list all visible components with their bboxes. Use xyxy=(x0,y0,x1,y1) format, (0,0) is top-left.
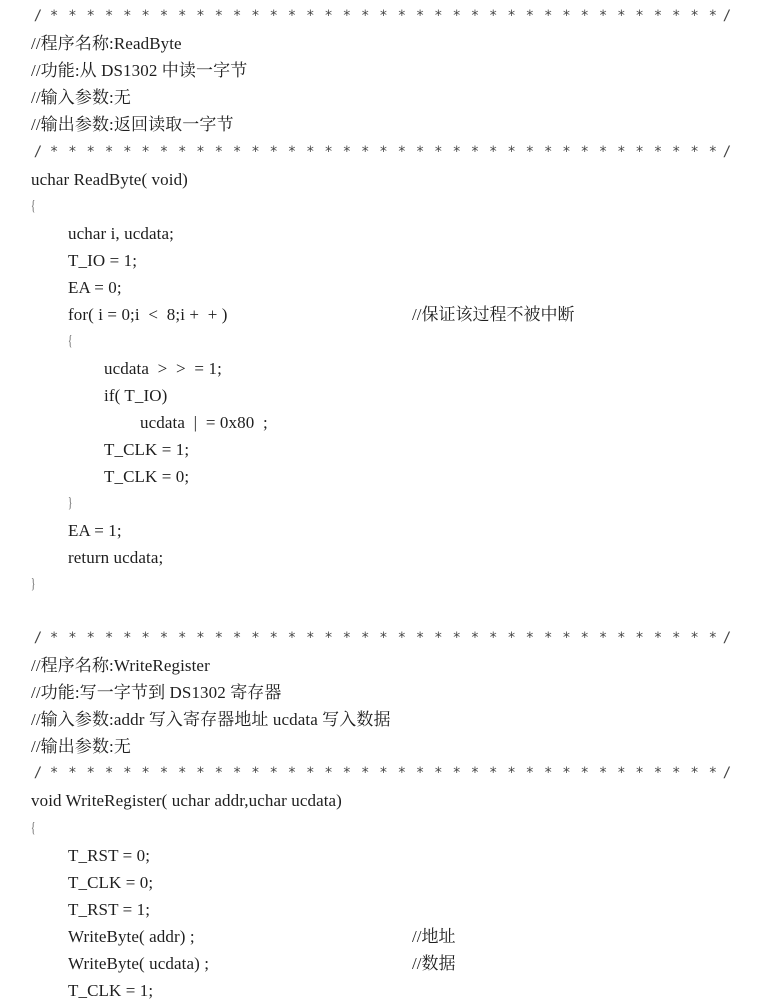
comment-border-top: /*************************************/ xyxy=(31,3,732,30)
readbyte-output-comment: //输出参数:返回读取一字节 xyxy=(31,111,234,138)
open-brace: { xyxy=(31,815,35,842)
for-loop-line: for( i = 0;i < 8;i + + ) xyxy=(68,301,228,328)
code-line: T_RST = 0; xyxy=(68,842,150,869)
open-brace: { xyxy=(31,193,35,220)
code-line: ucdata > > = 1; xyxy=(104,355,222,382)
code-line: T_CLK = 1; xyxy=(104,436,189,463)
for-loop-comment: //保证该过程不被中断 xyxy=(412,301,574,328)
readbyte-name-comment: //程序名称:ReadByte xyxy=(31,30,182,57)
comment-border-bottom: /*************************************/ xyxy=(31,139,732,166)
code-line: T_RST = 1; xyxy=(68,896,150,923)
code-line: T_IO = 1; xyxy=(68,247,137,274)
writeregister-signature: void WriteRegister( uchar addr,uchar ucd… xyxy=(31,787,342,814)
write-data-line: WriteByte( ucdata) ; xyxy=(68,950,209,977)
code-line: T_CLK = 1; xyxy=(68,977,153,1004)
addr-comment: //地址 xyxy=(412,923,455,950)
code-line: ucdata | = 0x80 ; xyxy=(140,409,268,436)
return-line: return ucdata; xyxy=(68,544,163,571)
readbyte-input-comment: //输入参数:无 xyxy=(31,84,131,111)
close-brace: } xyxy=(31,571,35,598)
code-document-page: /*************************************/ … xyxy=(0,0,773,1007)
writeregister-function-comment: //功能:写一字节到 DS1302 寄存器 xyxy=(31,679,282,706)
code-line: EA = 0; xyxy=(68,274,122,301)
code-line: EA = 1; xyxy=(68,517,122,544)
open-brace: { xyxy=(68,328,72,355)
readbyte-signature: uchar ReadByte( void) xyxy=(31,166,188,193)
writeregister-input-comment: //输入参数:addr 写入寄存器地址 ucdata 写入数据 xyxy=(31,706,391,733)
data-comment: //数据 xyxy=(412,950,455,977)
comment-border-top: /*************************************/ xyxy=(31,625,732,652)
code-line: T_CLK = 0; xyxy=(68,869,153,896)
close-brace: } xyxy=(68,490,72,517)
code-line: T_CLK = 0; xyxy=(104,463,189,490)
comment-border-bottom: /*************************************/ xyxy=(31,760,732,787)
code-line: uchar i, ucdata; xyxy=(68,220,174,247)
write-addr-line: WriteByte( addr) ; xyxy=(68,923,195,950)
readbyte-function-comment: //功能:从 DS1302 中读一字节 xyxy=(31,57,247,84)
writeregister-name-comment: //程序名称:WriteRegister xyxy=(31,652,210,679)
writeregister-output-comment: //输出参数:无 xyxy=(31,733,131,760)
code-line: if( T_IO) xyxy=(104,382,167,409)
